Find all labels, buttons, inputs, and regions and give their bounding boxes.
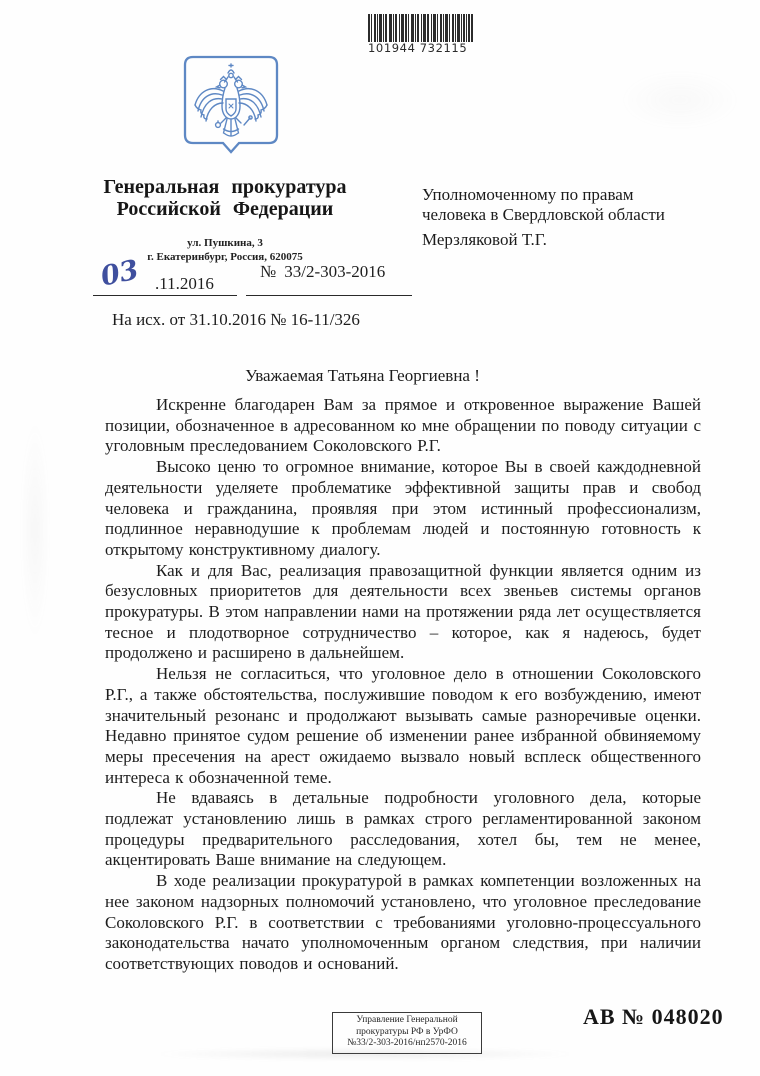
stamp-line1: Управление Генеральной (333, 1015, 481, 1027)
barcode: 101944 732115 (368, 14, 474, 55)
body-paragraph: В ходе реализации прокуратурой в рамках … (105, 871, 701, 975)
scan-artifact (620, 70, 740, 130)
form-number: АВ № 048020 (583, 1004, 724, 1030)
double-eagle-icon (183, 143, 279, 160)
stamp-line2: прокуратуры РФ в УрФО (333, 1027, 481, 1039)
date-number-row: 03 .11.2016 №33/2-303-2016 (93, 262, 412, 298)
coat-of-arms-emblem (183, 54, 279, 156)
reference-line: На исх. от 31.10.2016 № 16-11/326 (112, 310, 360, 330)
body-paragraph: Не вдаваясь в детальные подробности угол… (105, 788, 701, 871)
barcode-digits: 101944 732115 (368, 41, 474, 55)
number-sign: № (260, 262, 276, 281)
org-name-line1: Генеральная прокуратура (85, 176, 365, 198)
recipient-title-line1: Уполномоченному по правам (422, 185, 665, 205)
date-printed: .11.2016 (155, 274, 214, 294)
registration-stamp: Управление Генеральной прокуратуры РФ в … (332, 1012, 482, 1054)
recipient-block: Уполномоченному по правам человека в Све… (422, 185, 665, 250)
recipient-name: Мерзляковой Т.Г. (422, 230, 665, 250)
barcode-bars-icon (368, 14, 474, 42)
scan-artifact (20, 420, 50, 640)
recipient-title-line2: человека в Свердловской области (422, 205, 665, 225)
salutation: Уважаемая Татьяна Георгиевна ! (105, 366, 620, 386)
body-paragraph: Искренне благодарен Вам за прямое и откр… (105, 395, 701, 457)
body-paragraph: Как и для Вас, реализация правозащитной … (105, 561, 701, 665)
body-paragraph: Нельзя не согласиться, что уголовное дел… (105, 664, 701, 788)
outgoing-number-field: №33/2-303-2016 (246, 262, 412, 296)
scanned-letter-page: 101944 732115 (0, 0, 760, 1076)
org-name-line2: Российской Федерации (85, 198, 365, 220)
handwritten-day: 03 (98, 254, 141, 292)
body-paragraph: Высоко ценю то огромное внимание, которо… (105, 457, 701, 561)
outgoing-number: 33/2-303-2016 (284, 262, 385, 281)
date-field: 03 .11.2016 (93, 262, 237, 296)
letterhead: Генеральная прокуратура Российской Федер… (85, 176, 365, 264)
org-address-line1: ул. Пушкина, 3 (85, 236, 365, 250)
org-name: Генеральная прокуратура Российской Федер… (85, 176, 365, 220)
stamp-line3: №33/2-303-2016/нп2570-2016 (333, 1038, 481, 1050)
letter-body: Искренне благодарен Вам за прямое и откр… (105, 395, 701, 975)
